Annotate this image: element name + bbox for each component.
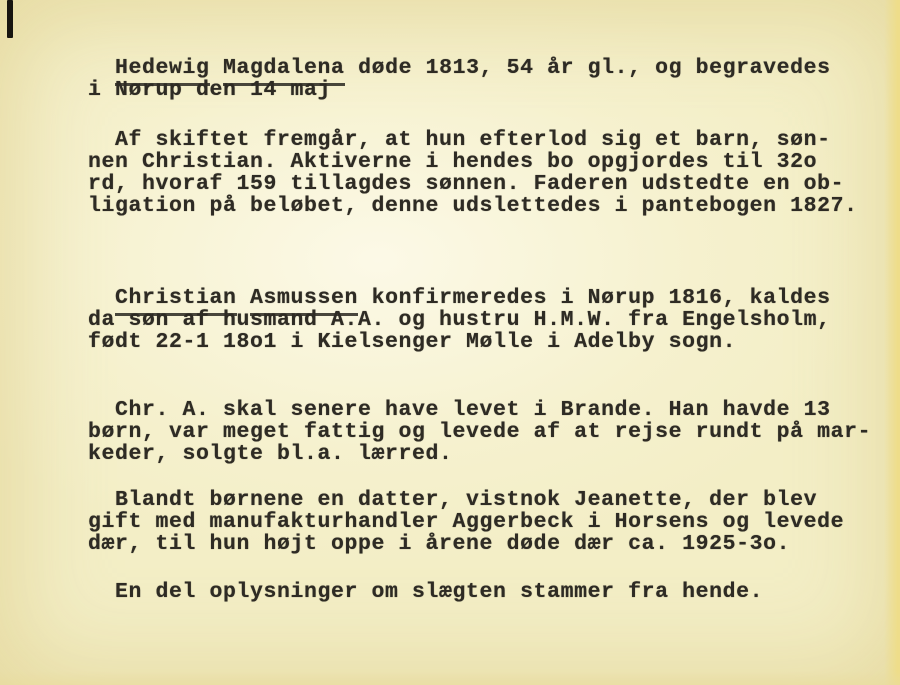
text-line: da søn af husmand A.A. og hustru H.M.W. … — [88, 309, 878, 331]
text-line: Blandt børnene en datter, vistnok Jeanet… — [88, 489, 878, 511]
paragraph-christian-asmussen: Christian Asmussen konfirmeredes i Nørup… — [88, 287, 878, 353]
paragraph-skiftet: Af skiftet fremgår, at hun efterlod sig … — [88, 129, 878, 217]
name-space — [237, 286, 251, 310]
paragraph-oplysninger: En del oplysninger om slægten stammer fr… — [88, 581, 878, 603]
text-line: dær, til hun højt oppe i årene døde dær … — [88, 533, 878, 555]
text-line: Af skiftet fremgår, at hun efterlod sig … — [88, 129, 878, 151]
scanned-document-page: Hedewig Magdalena døde 1813, 54 år gl., … — [0, 0, 900, 685]
text-line: børn, var meget fattig og levede af at r… — [88, 421, 878, 443]
text-line: keder, solgte bl.a. lærred. — [88, 443, 878, 465]
text-line: Chr. A. skal senere have levet i Brande.… — [88, 399, 878, 421]
text-line: En del oplysninger om slægten stammer fr… — [88, 581, 878, 603]
paragraph-jeanette: Blandt børnene en datter, vistnok Jeanet… — [88, 489, 878, 555]
text-line: gift med manufakturhandler Aggerbeck i H… — [88, 511, 878, 533]
paragraph-brande: Chr. A. skal senere have levet i Brande.… — [88, 399, 878, 465]
paper-bottom-edge — [0, 671, 900, 685]
paragraph-hedewig-magdalena: Hedewig Magdalena døde 1813, 54 år gl., … — [88, 57, 878, 101]
line-text: konfirmeredes i Nørup 1816, kaldes — [358, 286, 831, 310]
text-line: rd, hvoraf 159 tillagdes sønnen. Faderen… — [88, 173, 878, 195]
name-space — [210, 56, 224, 80]
text-line: ligation på beløbet, denne udslettedes i… — [88, 195, 878, 217]
line-text: døde 1813, 54 år gl., og begravedes — [345, 56, 831, 80]
text-line: Christian Asmussen konfirmeredes i Nørup… — [88, 287, 878, 309]
text-line: i Nørup den 14 maj — [88, 79, 878, 101]
scan-corner-artifact — [7, 0, 13, 38]
text-line: født 22-1 18o1 i Kielsenger Mølle i Adel… — [88, 331, 878, 353]
text-line: nen Christian. Aktiverne i hendes bo opg… — [88, 151, 878, 173]
text-line: Hedewig Magdalena døde 1813, 54 år gl., … — [88, 57, 878, 79]
paper-right-edge — [884, 0, 900, 685]
